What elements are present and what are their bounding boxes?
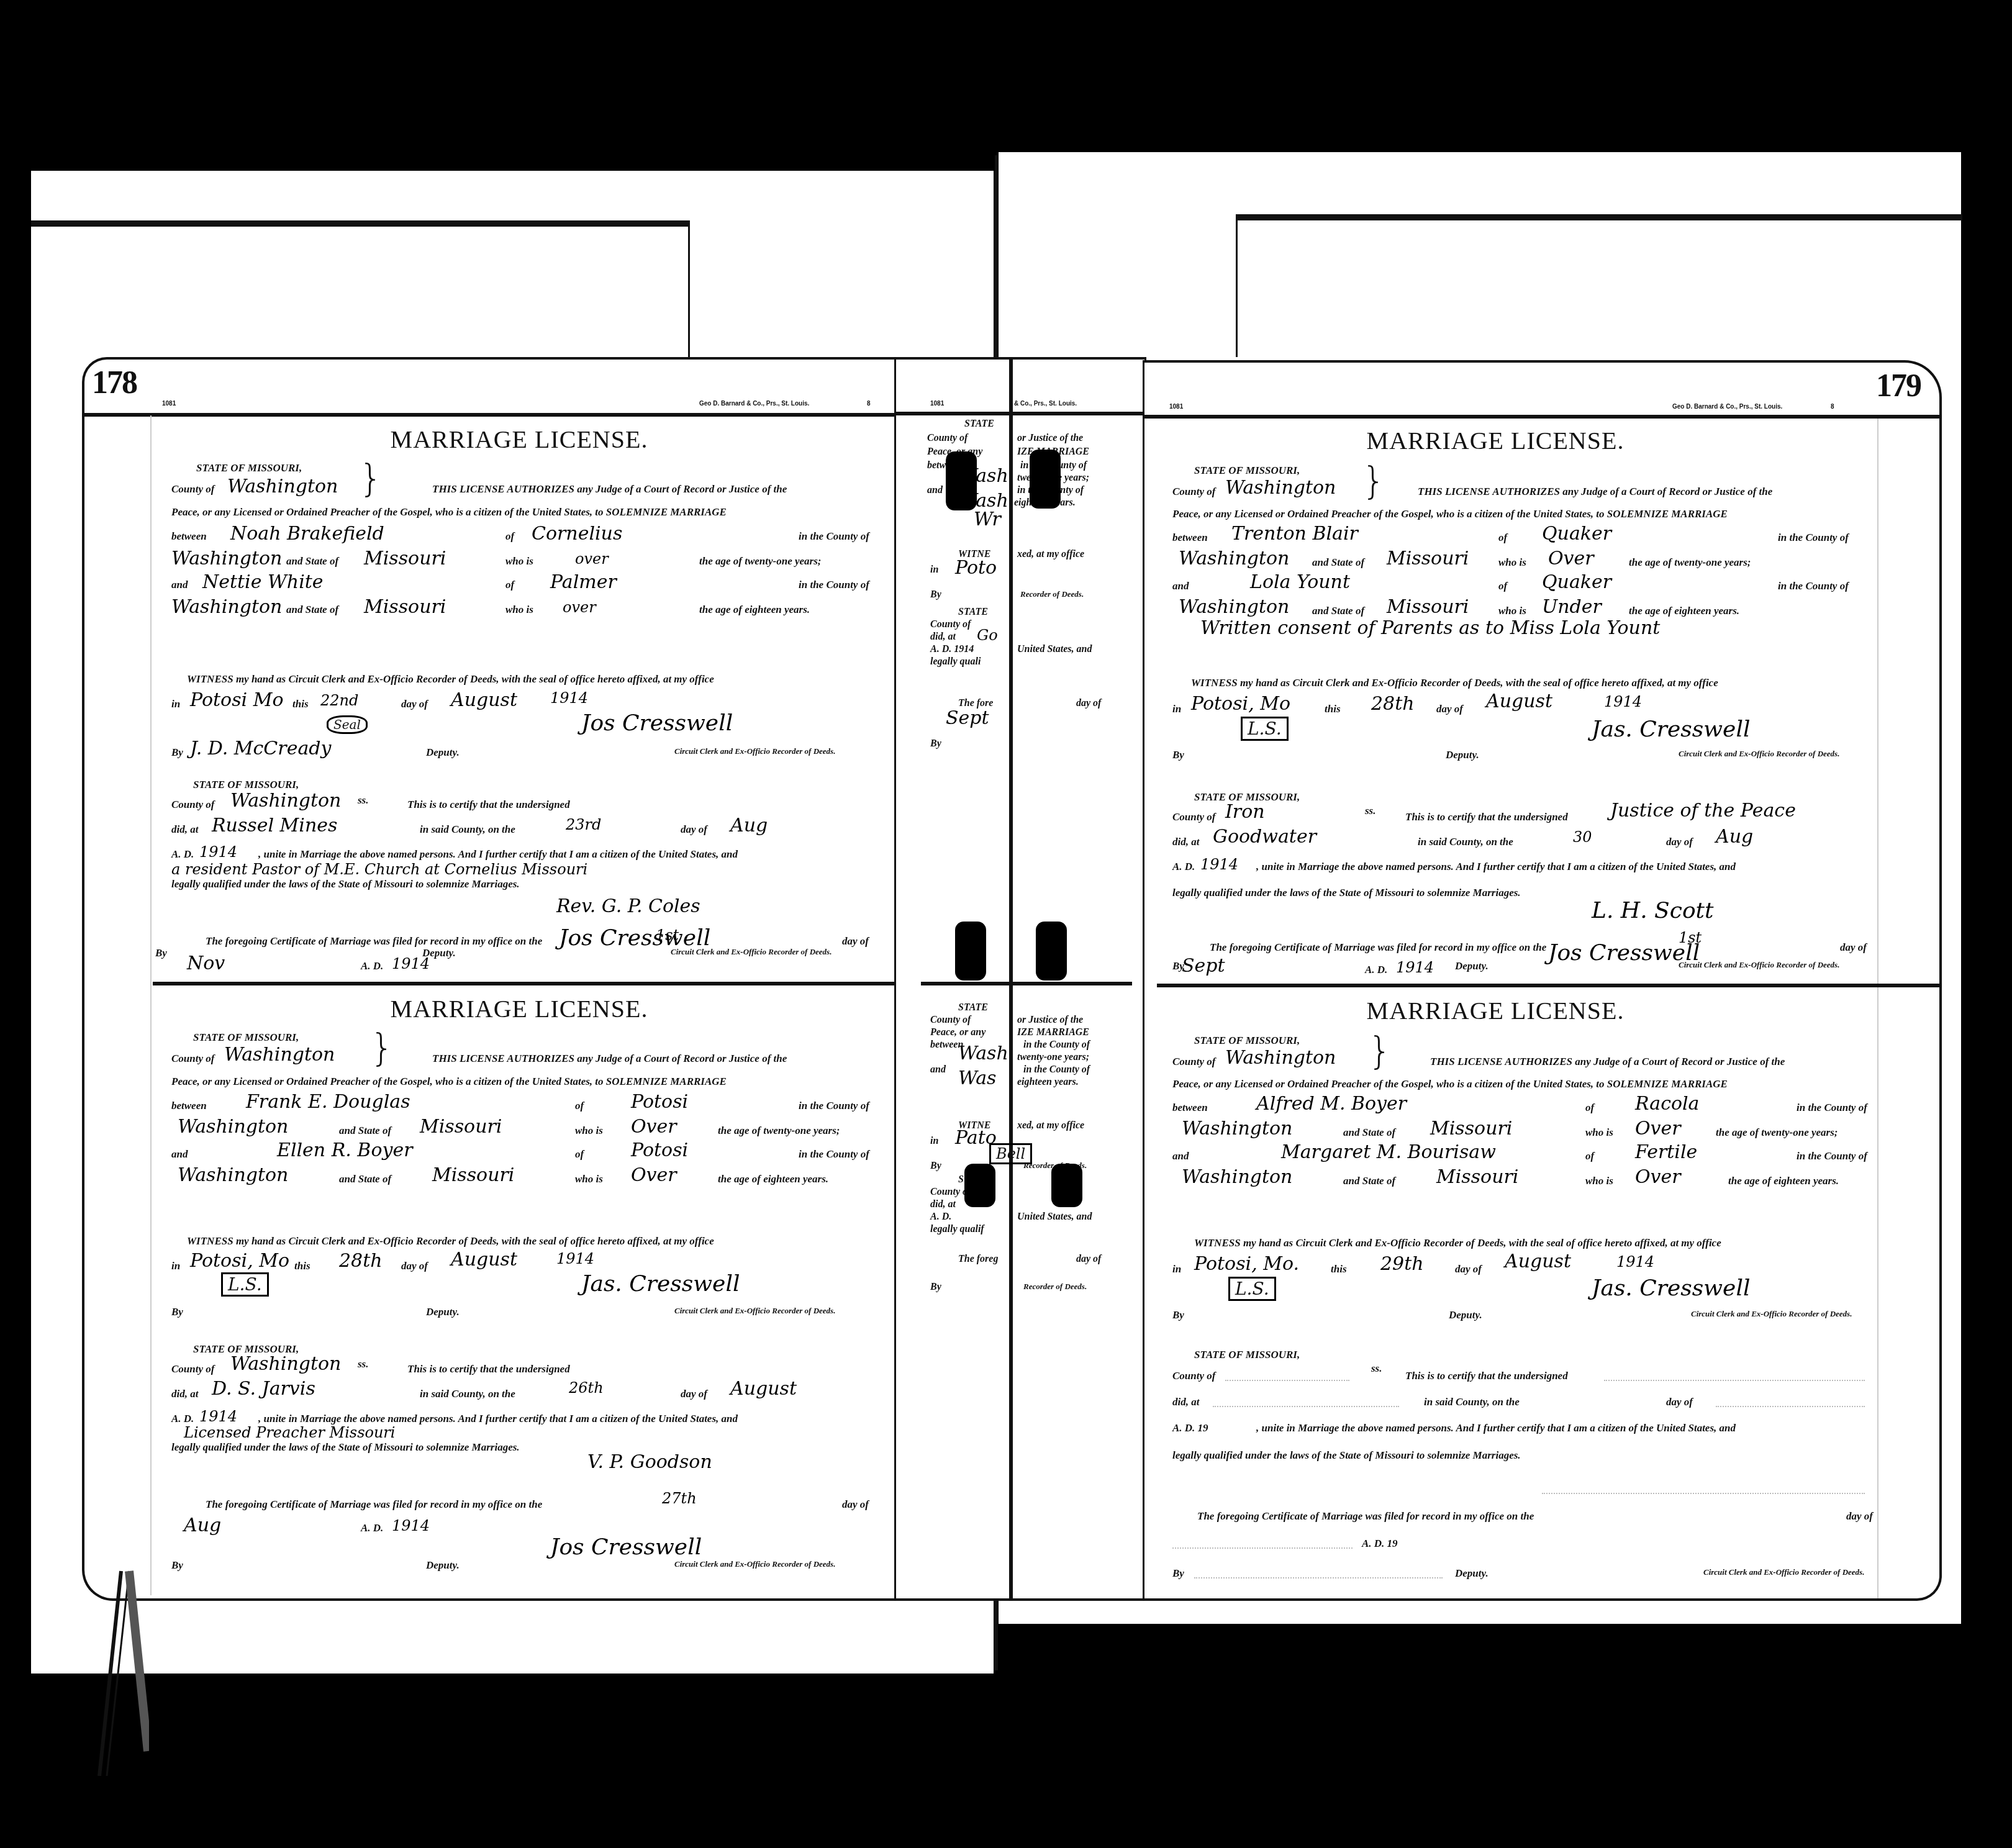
legally-text: legally qualified under the laws of the … [171,1441,520,1454]
state-of-label: and State of [1343,1175,1395,1187]
day-of-label: day of [1846,1510,1873,1523]
did-at-label: did, at [1172,1396,1199,1408]
of-label: of [1498,580,1507,592]
sheet-fold-right [1236,214,1238,357]
seal-mark: Seal [327,715,368,734]
day-of-label: day of [401,1260,428,1272]
marriage-license-2: MARRIAGE LICENSE. STATE OF MISSOURI, Cou… [153,988,886,1590]
cert-county: Washington [230,790,341,812]
age-21-label: the age of twenty-one years; [1629,556,1751,569]
strip-handwriting: Wash [958,1043,1008,1064]
redaction-mark [955,922,986,981]
cert-year: 1914 [199,1408,237,1425]
in-county-label: in the County of [799,530,869,543]
in-county-label: in the County of [1797,1102,1867,1114]
strip-fragment: By [930,1161,941,1172]
by-label: By [1172,1567,1184,1580]
cert-county: Washington [230,1353,341,1375]
in-county-label: in the County of [1778,532,1849,544]
state-label: STATE OF MISSOURI, [193,1031,299,1044]
bride-state: Missouri [1387,596,1469,618]
bride-name: Ellen R. Boyer [277,1139,413,1161]
authorizes-line-1: THIS LICENSE AUTHORIZES any Judge of a C… [432,1053,787,1065]
in-label: in [171,698,180,710]
issue-place: Potosi, Mo. [1194,1253,1299,1275]
filed-ad: A. D. [361,960,383,972]
issue-day: 28th [1371,693,1415,715]
groom-residence: Quaker [1542,523,1611,545]
left-margin-rule [150,415,152,1595]
between-label: between [1172,532,1208,544]
groom-state: Missouri [1387,548,1469,569]
seal-box: L.S. [1228,1277,1276,1301]
clerk-title: Circuit Clerk and Ex-Officio Recorder of… [1679,749,1839,759]
this-label: this [294,1260,310,1272]
this-label: this [292,698,309,710]
who-is-label: who is [1498,605,1526,617]
cert-county-label: County of [171,1363,214,1375]
by-field [1194,1577,1443,1578]
officiant-title: Justice of the Peace [1610,800,1796,822]
cert-month: Aug [1716,826,1753,848]
authorizes-line-2: Peace, or any Licensed or Ordained Preac… [1172,508,1728,520]
issue-month: August [1505,1251,1571,1272]
bride-age: Over [1635,1166,1681,1188]
cert-county: Iron [1225,801,1265,823]
strip-fragment: County of [930,619,971,630]
bride-residence: Palmer [550,571,617,593]
legally-text: legally qualified under the laws of the … [1172,887,1521,899]
groom-age: Over [1635,1118,1681,1139]
in-county-label: in the County of [1797,1150,1867,1162]
state-of-label: and State of [286,555,338,568]
state-of-label: and State of [1343,1126,1395,1139]
in-label: in [1172,1263,1181,1275]
cert-year: 1914 [1200,856,1238,873]
license-divider [1157,984,1939,987]
unite-text: , unite in Marriage the above named pers… [1256,1422,1736,1434]
authorizes-line-2: Peace, or any Licensed or Ordained Preac… [1172,1078,1728,1090]
strip-fragment: A. D. 1914 [930,644,974,655]
authorizes-line-2: Peace, or any Licensed or Ordained Preac… [171,1076,727,1088]
brace: } [359,457,383,500]
book-stand-icon [93,1565,149,1776]
printer-imprint: Geo D. Barnard & Co., Prs., St. Louis. [699,401,809,407]
filed-month: Aug [184,1515,221,1536]
cert-day: 30 [1573,828,1592,846]
state-of-label: and State of [1312,556,1364,569]
clerk-title: Circuit Clerk and Ex-Officio Recorder of… [674,1559,835,1569]
who-is-label: who is [505,604,533,616]
who-is-label: who is [1585,1175,1613,1187]
groom-age: Over [631,1116,677,1138]
strip-fragment: United States, and [1017,644,1092,655]
license-title: MARRIAGE LICENSE. [153,994,886,1023]
issue-day: 22nd [320,692,358,709]
bride-residence: Quaker [1542,571,1611,593]
officiant-signature-field [1542,1493,1865,1494]
by-label: By [1172,749,1184,761]
day-of-label: day of [1840,941,1867,954]
license-title: MARRIAGE LICENSE. [1132,996,1859,1025]
strip-fragment: and [930,1064,946,1076]
did-at-label: did, at [171,823,198,836]
printer-imprint-fragment: & Co., Prs., St. Louis. [1014,401,1077,407]
strip-fragment: eighteen years. [1017,1077,1079,1088]
seal-box: L.S. [1241,717,1289,741]
bride-county: Washington [178,1164,288,1186]
in-county-label: in the County of [1778,580,1849,592]
cert-year: 1914 [199,843,237,861]
authorizes-line-1: THIS LICENSE AUTHORIZES any Judge of a C… [1430,1056,1785,1068]
in-said-county-label: in said County, on the [420,823,515,836]
bride-name: Margaret M. Bourisaw [1281,1141,1496,1163]
cert-month: Aug [730,815,768,836]
of-label: of [1585,1102,1594,1114]
and-label: and [1172,580,1189,592]
sheet-fold-left [688,220,690,357]
cert-state-label: STATE OF MISSOURI, [1194,1349,1300,1361]
strip-fragment: legally qualif [930,1224,984,1235]
officiant-signature: Rev. G. P. Coles [556,895,700,917]
certify-text: This is to certify that the undersigned [407,1363,570,1375]
county-label: County of [1172,1056,1215,1068]
groom-residence: Cornelius [532,523,622,545]
strip-fragment: Recorder of Deeds. [1023,1282,1087,1292]
ss-label: ss. [358,794,368,807]
by-label: By [171,1306,183,1318]
strip-fragment: By [930,1282,941,1293]
bride-county: Washington [1182,1166,1292,1188]
cert-qualification-note: Licensed Preacher Missouri [184,1424,396,1441]
strip-fragment: day of [1076,698,1101,709]
certify-text: This is to certify that the undersigned [1405,811,1568,823]
did-at-label: did, at [171,1388,198,1400]
clerk-signature: Jas. Cresswell [581,1271,740,1297]
strip-handwriting: Go [977,627,998,644]
page-number: 178 [92,365,137,401]
strip-fragment: xed, at my office [1017,549,1084,560]
in-label: in [1172,703,1181,715]
foregoing-text: The foregoing Certificate of Marriage wa… [1210,941,1546,954]
marriage-license-3: MARRIAGE LICENSE. STATE OF MISSOURI, Cou… [1157,420,1883,979]
issue-year: 1914 [1604,693,1642,710]
witness-text: WITNESS my hand as Circuit Clerk and Ex-… [1194,1237,1721,1249]
in-county-label: in the County of [799,579,869,591]
age-18-label: the age of eighteen years. [1728,1175,1839,1187]
authorizes-line-1: THIS LICENSE AUTHORIZES any Judge of a C… [432,483,787,496]
this-label: this [1331,1263,1347,1275]
sheet-edge-left [31,220,689,227]
witness-text: WITNESS my hand as Circuit Clerk and Ex-… [187,673,714,686]
of-label: of [1585,1150,1594,1162]
license-title: MARRIAGE LICENSE. [1132,426,1859,455]
foregoing-text: The foregoing Certificate of Marriage wa… [206,1498,542,1511]
deputy-label: Deputy. [426,746,460,759]
filed-ad: A. D. [361,1522,383,1534]
page-number: 179 [1876,368,1921,404]
groom-age: over [575,550,609,568]
folded-strip: 1081 & Co., Prs., St. Louis. STATE Count… [894,357,1146,1601]
form-marker: 8 [867,401,871,407]
cert-month-field [1716,1406,1865,1407]
clerk-signature: Jas. Cresswell [1592,1275,1750,1301]
in-label: in [171,1260,180,1272]
bride-county: Washington [171,596,282,618]
clerk-title: Circuit Clerk and Ex-Officio Recorder of… [674,1306,835,1316]
of-label: of [575,1100,584,1112]
cert-place-field [1213,1406,1399,1407]
page-178: 178 1081 Geo D. Barnard & Co., Prs., St.… [82,357,898,1601]
issue-year: 1914 [556,1250,594,1267]
of-label: of [575,1148,584,1161]
sheet-edge-right [1236,214,1962,220]
certify-text: This is to certify that the undersigned [407,799,570,811]
strip-fragment: in the County of [1023,1064,1090,1076]
issue-year: 1914 [550,689,588,707]
strip-fragment: or Justice of the [1017,433,1083,444]
cert-place: Russel Mines [212,815,337,836]
redaction-mark [1036,922,1067,981]
age-21-label: the age of twenty-one years; [699,555,821,568]
issue-day: 29th [1380,1253,1424,1275]
ss-label: ss. [1371,1362,1382,1375]
legally-text: legally qualified under the laws of the … [1172,1449,1521,1462]
in-said-county-label: in said County, on the [1418,836,1513,848]
officiant-signature: V. P. Goodson [587,1451,712,1473]
strip-fragment: STATE [964,419,994,430]
state-label: STATE OF MISSOURI, [1194,1035,1300,1047]
header-rule [84,413,898,417]
bride-age: Under [1542,596,1602,618]
groom-county: Washington [1179,548,1289,569]
who-is-label: who is [505,555,533,568]
ss-label: ss. [358,1358,368,1370]
issue-place: Potosi Mo [190,689,283,711]
issue-place: Potosi, Mo [1191,693,1290,715]
by-label: By [171,746,183,759]
of-label: of [1498,532,1507,544]
strip-fragment: County of [927,433,967,444]
county-value: Washington [224,1044,335,1066]
between-label: between [171,1100,207,1112]
strip-fragment: day of [1076,1254,1101,1265]
filed-ad: A. D. [1365,964,1387,976]
strip-fragment: STATE [958,1002,988,1013]
printer-imprint: Geo D. Barnard & Co., Prs., St. Louis. [1672,404,1782,410]
strip-fragment: xed, at my office [1017,1120,1084,1131]
strip-fragment: legally quali [930,656,981,668]
bride-age: Over [631,1164,677,1186]
marriage-license-4: MARRIAGE LICENSE. STATE OF MISSOURI, Cou… [1157,990,1883,1592]
strip-fragment: A. D. [930,1212,951,1223]
license-3-filed-clerk-signature: Jos Cresswell [1548,940,1700,966]
license-3-by-label: By [1172,960,1184,972]
bride-state: Missouri [364,596,446,618]
license-1-deputy-label: Deputy. [422,947,456,959]
between-label: between [171,530,207,543]
clerk-signature: Jos Cresswell [581,710,733,736]
deputy-label: Deputy. [426,1306,460,1318]
day-of-label: day of [1455,1263,1482,1275]
day-of-label: day of [1436,703,1463,715]
age-21-label: the age of twenty-one years; [718,1125,840,1137]
redaction-mark [1051,1164,1082,1207]
strip-fold-line [1009,360,1013,1598]
cert-county-field [1225,1380,1349,1381]
form-number: 1081 [930,401,944,407]
deputy-label: Deputy. [1449,1309,1482,1321]
filed-month-field [1172,1547,1353,1549]
who-is-label: who is [575,1125,603,1137]
strip-fragment: By [930,589,941,600]
clerk-signature: Jas. Cresswell [1592,717,1750,742]
in-said-county-label: in said County, on the [420,1388,515,1400]
issue-day: 28th [339,1250,383,1272]
in-county-label: in the County of [799,1148,869,1161]
strip-fragment: The foreg [958,1254,998,1265]
page-179: 179 1081 Geo D. Barnard & Co., Prs., St.… [1143,360,1942,1601]
cert-county-label: County of [171,799,214,811]
cert-place: D. S. Jarvis [212,1378,315,1400]
foregoing-text: The foregoing Certificate of Marriage wa… [206,935,542,948]
groom-county: Washington [171,548,282,569]
filed-month: Nov [187,953,225,974]
unite-text: , unite in Marriage the above named pers… [1256,861,1736,873]
strip-fragment: IZE MARRIAGE [1017,1027,1089,1038]
issue-place: Potosi, Mo [190,1250,289,1272]
groom-state: Missouri [364,548,446,569]
brace: } [1368,1030,1392,1073]
unite-text: , unite in Marriage the above named pers… [258,848,738,861]
header-rule [896,412,1144,415]
bride-name: Lola Yount [1250,571,1350,593]
license-divider [153,982,898,985]
groom-residence: Racola [1635,1093,1700,1115]
strip-fragment: in the County of [1023,1039,1090,1051]
this-label: this [1325,703,1341,715]
marriage-license-1: MARRIAGE LICENSE. STATE OF MISSOURI, Cou… [153,419,886,974]
strip-fragment: United States, and [1017,1212,1092,1223]
bride-state: Missouri [432,1164,514,1186]
cert-day: 26th [569,1379,604,1397]
cert-month: August [730,1378,797,1400]
strip-fragment: STATE [958,607,988,618]
age-18-label: the age of eighteen years. [699,604,810,616]
cert-county-label: County of [1172,811,1215,823]
form-marker: 8 [1831,404,1834,410]
cert-state-label: STATE OF MISSOURI, [193,779,299,791]
consent-note: Written consent of Parents as to Miss Lo… [1200,617,1660,639]
day-of-label: day of [681,1388,707,1400]
filed-clerk-signature: Jos Cresswell [550,1534,702,1560]
deputy-signature: J. D. McCready [190,738,331,759]
county-label: County of [1172,486,1215,498]
day-of-label: day of [401,698,428,710]
state-of-label: and State of [286,604,338,616]
cert-ad-label: A. D. [171,848,194,861]
cert-county-label: County of [1172,1370,1215,1382]
day-of-label: day of [1666,836,1693,848]
foregoing-text: The foregoing Certificate of Marriage wa… [1197,1510,1534,1523]
groom-state: Missouri [1430,1118,1512,1139]
day-of-label: day of [1666,1396,1693,1408]
issue-year: 1914 [1616,1253,1654,1270]
county-label: County of [171,483,214,496]
groom-age: Over [1548,548,1594,569]
unite-text: , unite in Marriage the above named pers… [258,1413,738,1425]
strip-divider [921,982,1132,985]
strip-fragment: did, at [930,632,956,643]
state-of-label: and State of [1312,605,1364,617]
who-is-label: who is [575,1173,603,1185]
cert-qualification-note: a resident Pastor of M.E. Church at Corn… [171,861,587,878]
seal-box: L.S. [221,1272,269,1297]
by-label: By [171,1559,183,1572]
officiant-signature: L. H. Scott [1592,898,1714,923]
bride-state: Missouri [1436,1166,1518,1188]
in-said-county-label: in said County, on the [1424,1396,1520,1408]
county-value: Washington [1225,1047,1336,1069]
bride-residence: Potosi [631,1139,688,1161]
did-at-label: did, at [1172,836,1199,848]
header-rule [1144,415,1939,419]
issue-month: August [451,1249,517,1270]
of-label: of [505,579,514,591]
day-of-label: day of [842,935,869,948]
age-18-label: the age of eighteen years. [718,1173,828,1185]
cert-ad-label: A. D. [1172,861,1195,873]
age-21-label: the age of twenty-one years; [1716,1126,1838,1139]
between-label: between [1172,1102,1208,1114]
brace: } [1362,460,1385,503]
redaction-mark [946,451,977,510]
state-label: STATE OF MISSOURI, [196,462,302,474]
strip-fragment: County of [930,1015,971,1026]
form-number: 1081 [162,401,176,407]
filed-ad: A. D. 19 [1362,1538,1398,1550]
groom-residence: Potosi [631,1091,688,1113]
strip-handwriting: Wr [974,509,1001,530]
and-label: and [171,579,188,591]
form-number: 1081 [1169,404,1183,410]
bride-name: Nettie White [202,571,324,593]
and-label: and [1172,1150,1189,1162]
witness-text: WITNESS my hand as Circuit Clerk and Ex-… [187,1235,714,1248]
filed-month: Sept [1182,955,1225,977]
officiant-title-field [1604,1380,1865,1381]
license-1-by-label: By [155,947,167,959]
who-is-label: who is [1585,1126,1613,1139]
cert-ad-label: A. D. [171,1413,194,1425]
deputy-label: Deputy. [1455,1567,1489,1580]
day-of-label: day of [842,1498,869,1511]
day-of-label: day of [681,823,707,836]
strip-fragment: twenty-one years; [1017,1052,1089,1063]
age-18-label: the age of eighteen years. [1629,605,1739,617]
strip-handwriting: Poto [955,557,997,579]
groom-name: Frank E. Douglas [246,1091,410,1113]
state-of-label: and State of [339,1173,391,1185]
strip-fragment: and [927,485,943,496]
county-label: County of [171,1053,214,1065]
issue-month: August [451,689,517,711]
redaction-mark [964,1164,995,1207]
bride-age: over [563,599,596,616]
authorizes-line-1: THIS LICENSE AUTHORIZES any Judge of a C… [1418,486,1772,498]
clerk-title: Circuit Clerk and Ex-Officio Recorder of… [1703,1567,1864,1577]
clerk-title: Circuit Clerk and Ex-Officio Recorder of… [674,746,835,756]
